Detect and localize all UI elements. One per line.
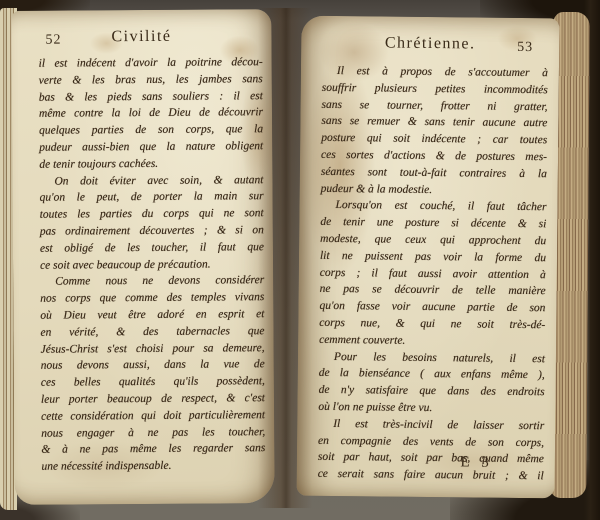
running-title: Civilité (11, 27, 271, 47)
right-page-header: Chrétienne. 53 (301, 16, 559, 59)
text-line: nos corps que comme des temples vivans (40, 289, 264, 307)
text-line: ce serait sans faire aucun bruit ; & il (318, 466, 544, 485)
text-line: il est indécent d'avoir la poitrine déco… (39, 54, 263, 72)
page-number: 53 (517, 40, 533, 56)
text-line: en vérité, & des tabernacles que (40, 323, 264, 341)
text-line: ces belles qualités qu'ils possèdent, (41, 373, 265, 391)
text-line: nous engager à ne pas les toucher, (41, 424, 265, 442)
text-line: cemment couverte. (319, 332, 545, 351)
text-line: toutes les parties du corps qui ne sont (40, 205, 264, 223)
text-line: verte & les bras nus, les jambes sans (39, 71, 263, 89)
text-line: pas ordinairement découvertes ; & si on (40, 222, 264, 240)
text-line: modeste, que ceux qui approchent du (320, 231, 546, 250)
text-line: où Dieu veut être adoré en esprit et (40, 306, 264, 324)
text-line: quelques parties de son corps, que la (39, 121, 263, 139)
text-line: corps nue, & qui ne soit très-dé- (319, 315, 545, 334)
right-page: Chrétienne. 53 Il est à propos de s'acco… (296, 16, 559, 499)
text-line: pudeur aussi-bien que la nature obligent (39, 138, 263, 156)
left-page-text: il est indécent d'avoir la poitrine déco… (39, 54, 266, 475)
left-page-header: 52 Civilité (11, 9, 271, 51)
text-line: ces sortes d'actions & de postures mes- (321, 147, 547, 166)
text-line: On doit éviter avec soin, & autant (39, 172, 263, 190)
text-line: & à ne pas même les regarder sans (41, 440, 265, 458)
text-line: bas & les pieds sans souliers : il est (39, 88, 263, 106)
book-photo: 52 Civilité il est indécent d'avoir la p… (0, 0, 600, 520)
text-line: lit ne puissent pas voir la forme du (320, 248, 546, 267)
text-line: où l'on ne puisse être vu. (318, 399, 544, 418)
text-line: Jésus-Christ s'est choisi pour sa demeur… (41, 340, 265, 358)
gathering-signature: E 3 (460, 454, 493, 471)
text-line: souffrir plusieurs petites incommodités (322, 80, 548, 99)
text-line: leur porter beaucoup de respect, & c'est (41, 390, 265, 408)
right-page-text: Il est à propos de s'accoutumer àsouffri… (318, 63, 548, 485)
text-line: une nécessité indispensable. (41, 457, 265, 475)
text-line: nous devons aussi, dans la vue de (41, 356, 265, 374)
left-page: 52 Civilité il est indécent d'avoir la p… (11, 9, 274, 505)
text-line: de tenir toujours cachées. (39, 155, 263, 173)
text-line: séantes sont tout-à-fait contraires à la (321, 164, 547, 183)
text-line: Comme nous ne devons considérer (40, 273, 264, 291)
text-line: qu'on le peut, de porter la main sur (40, 189, 264, 207)
text-line: cette considération qui doit particulièr… (41, 407, 265, 425)
text-line: Il est très-incivil de laisser sortir (318, 416, 544, 435)
text-line: Il est à propos de s'accoutumer à (322, 63, 548, 82)
text-line: ce soit avec beaucoup de précaution. (40, 256, 264, 274)
text-line: est obligé de les toucher, il faut que (40, 239, 264, 257)
text-line: même contre la loi de Dieu de découvrir (39, 105, 263, 123)
